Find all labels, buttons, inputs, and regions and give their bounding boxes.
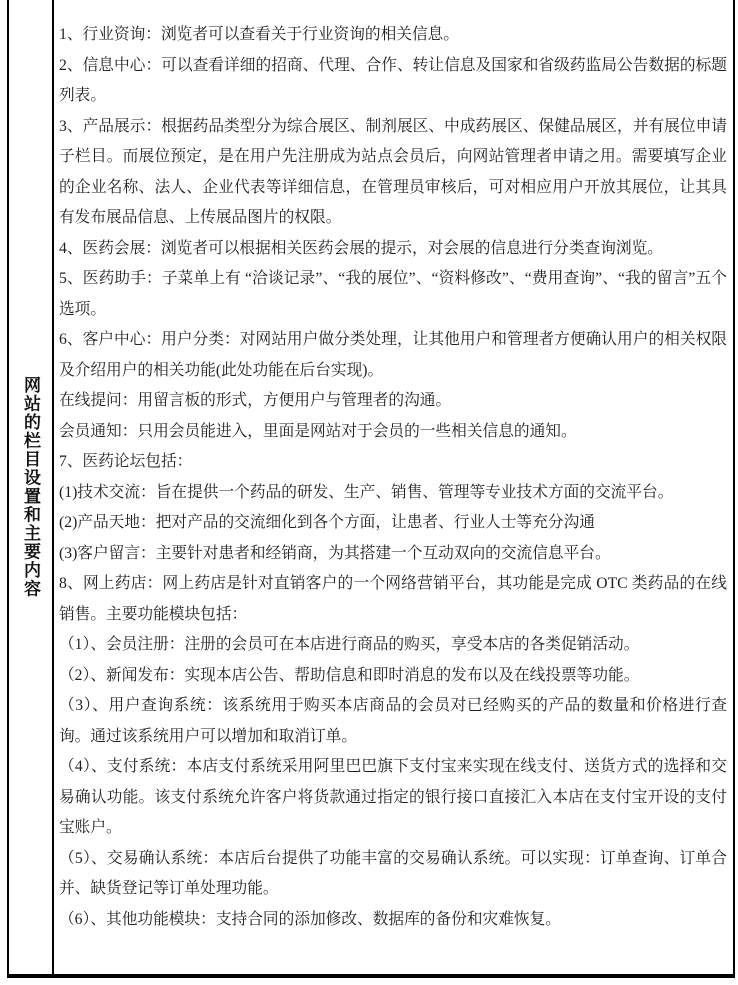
content-paragraph: （6）、其他功能模块：支持合同的添加修改、数据库的备份和灾难恢复。 [59,905,727,936]
content-paragraph: （4）、支付系统：本店支付系统采用阿里巴巴旗下支付宝来实现在线支付、送货方式的选… [59,752,727,844]
table-row: 网站的栏目设置和主要内容 1、行业资询：浏览者可以查看关于行业资询的相关信息。2… [7,0,735,978]
document-page: 网站的栏目设置和主要内容 1、行业资询：浏览者可以查看关于行业资询的相关信息。2… [0,0,738,985]
content-paragraph: 6、客户中心：用户分类：对网站用户做分类处理，让其他用户和管理者方便确认用户的相… [59,325,727,386]
content-paragraph: 在线提问：用留言板的形式，方便用户与管理者的沟通。 [59,386,727,417]
content-paragraph: 会员通知：只用会员能进入，里面是网站对于会员的一些相关信息的通知。 [59,417,727,448]
content-paragraph: （5）、交易确认系统：本店后台提供了功能丰富的交易确认系统。可以实现：订单查询、… [59,844,727,905]
content-paragraph: (2)产品天地：把对产品的交流细化到各个方面，让患者、行业人士等充分沟通 [59,508,727,539]
row-header-cell: 网站的栏目设置和主要内容 [9,0,54,974]
content-paragraph: 1、行业资询：浏览者可以查看关于行业资询的相关信息。 [59,20,727,51]
content-cell: 1、行业资询：浏览者可以查看关于行业资询的相关信息。2、信息中心：可以查看详细的… [54,0,733,974]
row-header-title: 网站的栏目设置和主要内容 [18,376,43,598]
content-paragraph: 4、医药会展：浏览者可以根据相关医药会展的提示，对会展的信息进行分类查询浏览。 [59,234,727,265]
content-paragraph: （1）、会员注册：注册的会员可在本店进行商品的购买，享受本店的各类促销活动。 [59,630,727,661]
content-paragraph: (3)客户留言：主要针对患者和经销商，为其搭建一个互动双向的交流信息平台。 [59,539,727,570]
content-paragraph: 3、产品展示：根据药品类型分为综合展区、制剂展区、中成药展区、保健品展区，并有展… [59,112,727,234]
content-paragraph: （3）、用户查询系统：该系统用于购买本店商品的会员对已经购买的产品的数量和价格进… [59,691,727,752]
content-paragraph: 2、信息中心：可以查看详细的招商、代理、合作、转让信息及国家和省级药监局公告数据… [59,51,727,112]
content-paragraph: （2）、新闻发布：实现本店公告、帮助信息和即时消息的发布以及在线投票等功能。 [59,661,727,692]
content-paragraph: (1)技术交流：旨在提供一个药品的研发、生产、销售、管理等专业技术方面的交流平台… [59,478,727,509]
content-paragraph: 7、医药论坛包括： [59,447,727,478]
content-paragraph: 8、网上药店：网上药店是针对直销客户的一个网络营销平台，其功能是完成 OTC 类… [59,569,727,630]
content-paragraph: 5、医药助手：子菜单上有 “洽谈记录”、“我的展位”、“资料修改”、“费用查询”… [59,264,727,325]
